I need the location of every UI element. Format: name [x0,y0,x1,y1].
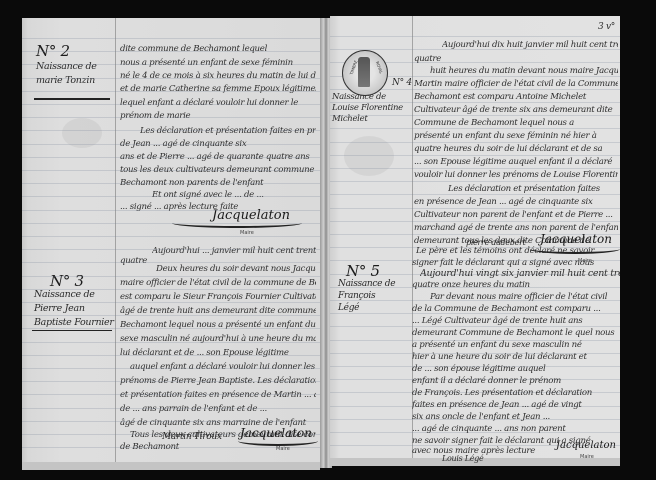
text-line: quatre heures du soir de lui déclarant e… [414,144,618,154]
text-line: Bechamont est comparu Antoine Michelet [414,92,618,102]
text-line: auquel enfant a déclaré vouloir lui donn… [130,362,316,372]
signature-caption: Maire [578,258,592,264]
ruled-line [22,117,320,118]
stamp-text-right: ROYAL [375,61,384,75]
ruled-line [22,223,320,224]
signature-caption: Maire [580,454,594,460]
text-line: maire officier de l'état civil de la com… [120,278,316,288]
witness-signature: Martin Tiroux [162,432,222,442]
text-line: ... agé de cinquante ... ans non parent [412,424,616,434]
margin-note: Naissance de François Légé [338,278,395,314]
signature-flourish [238,436,318,446]
text-line: présenté un enfant du sexe féminin né hi… [414,131,618,141]
text-line: dite commune de Bechamont lequel [120,44,316,54]
text-line: prénom de marie [120,111,316,121]
stamp-figure-icon [358,57,370,87]
ruled-line [22,315,320,316]
text-line: Et ont signé avec le ... de ... [152,190,316,200]
text-line: Aujourd'hui vingt six janvier mil huit c… [420,268,620,279]
margin-note: Naissance de Pierre Jean Baptiste Fourni… [34,288,114,330]
ruled-line [330,102,620,103]
margin-line [115,18,116,470]
ruled-line [22,394,320,395]
text-line: huit heures du matin devant nous maire J… [430,66,618,76]
ruled-line [22,144,320,145]
ruled-line [22,51,320,52]
ruled-line [330,128,620,129]
text-line: nous a présenté un enfant de sexe fémini… [120,58,316,68]
witness-signature: Louis Légé [442,454,483,463]
ruled-line [22,381,320,382]
left-page: N° 2 Naissance de marie Tonzin dite comm… [22,18,320,470]
ruled-line [330,36,620,37]
ruled-line [330,194,620,195]
margin-line [412,16,413,466]
text-line: est comparu le Sieur François Fournier C… [120,292,316,302]
ruled-line [330,221,620,222]
text-line: de la Commune de Bechamont est comparu .… [412,304,616,314]
text-line: a présenté un enfant du sexe masculin né [412,340,616,350]
page-edge [22,462,320,470]
ruled-line [22,183,320,184]
ruled-line [22,249,320,250]
ruled-line [330,181,620,182]
text-line: lui déclarant et de ... son Epouse légit… [120,348,316,358]
text-line: Cultivateur non parent de l'enfant et de… [414,210,618,220]
tax-stamp: TIMBRE ROYAL [342,50,388,96]
ruled-line [22,38,320,39]
signature-flourish [530,244,620,254]
text-line: et de marie Catherine sa femme Epoux lég… [120,84,316,94]
ruled-line [330,155,620,156]
ruled-line [22,276,320,277]
ruled-line [330,115,620,116]
ruled-line [22,130,320,131]
folio-number: 3 v° [598,22,615,32]
text-line: enfant il a déclaré donner le prénom [412,376,616,386]
text-line: Cultivateur âgé de trente six ans demeur… [414,105,618,115]
ruled-line [22,355,320,356]
margin-note: Naissance de Louise Florentine Michelet [332,92,403,125]
ruled-line [22,64,320,65]
ruled-line [22,78,320,79]
text-line: avec nous maire après lecture [412,446,562,456]
text-line: Les déclaration et présentation faites [448,184,618,194]
signature-caption: Maire [276,446,290,452]
entry-divider [34,98,110,100]
ruled-line [22,91,320,92]
text-line: Deux heures du soir devant nous Jacques … [156,264,316,274]
entry-divider [32,330,112,331]
ruled-line [22,328,320,329]
text-line: quatre onze heures du matin [412,280,612,290]
text-line: demeurant Commune de Bechamont le quel n… [412,328,616,338]
ruled-line [22,262,320,263]
text-line: hier à une heure du soir de lui déclaran… [412,352,616,362]
text-line: lequel enfant a déclaré vouloir lui donn… [120,98,316,108]
ruled-line [22,408,320,409]
ruled-line [330,49,620,50]
text-line: de ... ans parrain de l'enfant et de ... [120,404,316,414]
text-line: ... son Epouse légitime auquel enfant il… [414,157,618,167]
entry-number: N° 4 [392,78,412,88]
ruled-line [22,421,320,422]
text-line: de François. Les présentation et déclara… [412,388,616,398]
ruled-line [22,210,320,211]
ruled-line [22,368,320,369]
text-line: vouloir lui donner les prénoms de Louise… [414,170,618,180]
ruled-line [330,208,620,209]
text-line: ... Légé Cultivateur âgé de trente huit … [412,316,616,326]
text-line: Commune de Bechamont lequel nous a [414,118,618,128]
ruled-line [22,157,320,158]
ruled-line [22,289,320,290]
ruled-line [22,196,320,197]
text-line: de ... son épouse légitime auquel [412,364,616,374]
text-line: Martin maire officier de l'état civil de… [414,79,618,89]
ruled-line [330,168,620,169]
text-line: né le 4 de ce mois à six heures du matin… [120,71,316,81]
ruled-line [330,142,620,143]
ruled-line [22,302,320,303]
text-line: en présence de Jean ... agé de cinquante… [414,197,618,207]
ruled-line [22,236,320,237]
text-line: six ans oncle de l'enfant et Jean ... [412,412,616,422]
mayor-signature: Jacquelaton [556,440,616,451]
text-line: Aujourd'hui ... janvier mil huit cent tr… [152,246,316,256]
ruled-line [22,342,320,343]
ruled-line [22,104,320,105]
text-line: faites en présence de Jean ... agé de vi… [412,400,616,410]
witness-signature: pierre audebert [466,238,526,247]
ruled-line [22,170,320,171]
text-line: Par devant nous maire officier de l'état… [430,292,616,302]
